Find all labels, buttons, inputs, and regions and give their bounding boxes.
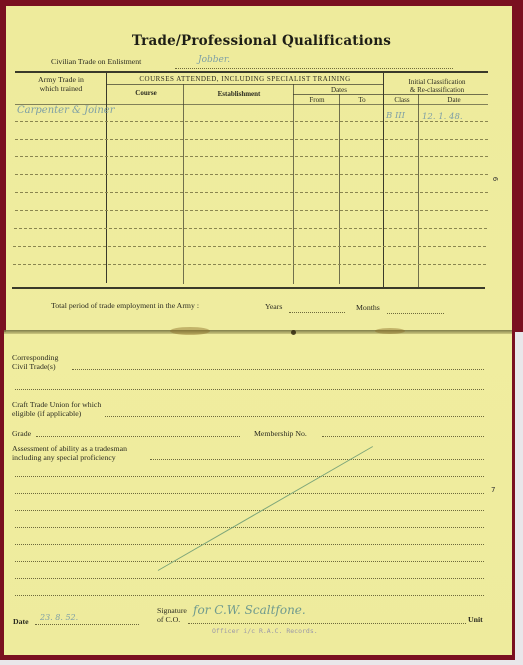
page-number-top: 6 xyxy=(491,177,499,181)
background-gap xyxy=(515,332,523,660)
membership-label: Membership No. xyxy=(254,429,307,438)
assessment-line[interactable] xyxy=(15,595,484,596)
assessment-line[interactable] xyxy=(15,527,484,528)
col-divider xyxy=(339,94,340,284)
col-to: To xyxy=(341,96,383,104)
grade-label: Grade xyxy=(12,429,31,438)
table-bottom-rule xyxy=(12,287,485,289)
row-rule xyxy=(13,264,486,265)
assessment-label-l1: Assessment of ability as a tradesman xyxy=(12,444,127,453)
corresponding-field-2[interactable] xyxy=(15,389,484,390)
civilian-trade-value[interactable]: Jobber. xyxy=(198,55,230,65)
row-rule xyxy=(14,228,487,229)
union-label-l1: Craft Trade Union for which xyxy=(12,400,101,409)
assessment-field[interactable] xyxy=(150,459,484,460)
date-field[interactable] xyxy=(35,624,139,625)
page-number-bottom: 7 xyxy=(491,486,495,494)
assessment-line[interactable] xyxy=(15,493,484,494)
col-army-trade-l1: Army Trade in xyxy=(28,75,94,84)
corresponding-label-l2: Civil Trade(s) xyxy=(12,362,56,371)
years-label: Years xyxy=(265,302,282,311)
grade-field[interactable] xyxy=(36,436,240,437)
months-field[interactable] xyxy=(387,313,444,314)
union-field[interactable] xyxy=(105,416,484,417)
assessment-line[interactable] xyxy=(15,510,484,511)
signature-value[interactable]: for C.W. Scaltfone. xyxy=(193,603,306,617)
header-rule xyxy=(293,94,383,95)
header-rule xyxy=(106,84,383,85)
col-army-trade-l2: which trained xyxy=(28,84,94,93)
page-fold xyxy=(4,330,512,334)
date-value[interactable]: 23. 8. 52. xyxy=(40,613,78,622)
months-label: Months xyxy=(356,303,380,312)
corresponding-label-l1: Corresponding xyxy=(12,353,58,362)
row-army-trade[interactable]: Carpenter & Joiner xyxy=(17,105,115,116)
group-courses-header: COURSES ATTENDED, INCLUDING SPECIALIST T… xyxy=(110,75,380,83)
row-class[interactable]: B III xyxy=(386,111,405,121)
assessment-line[interactable] xyxy=(15,476,484,477)
signature-field[interactable] xyxy=(188,623,466,624)
date-label: Date xyxy=(13,617,29,626)
col-course: Course xyxy=(110,89,182,97)
col-date: Date xyxy=(420,96,488,104)
assessment-line[interactable] xyxy=(15,561,484,562)
group-dates: Dates xyxy=(296,86,382,94)
page-title: Trade/Professional Qualifications xyxy=(0,33,523,49)
membership-field[interactable] xyxy=(322,436,484,437)
row-rule xyxy=(15,156,488,157)
years-field[interactable] xyxy=(289,312,345,313)
fold-stain xyxy=(170,327,210,335)
fold-spot xyxy=(291,330,296,335)
unit-label: Unit xyxy=(468,615,483,624)
col-divider xyxy=(383,73,384,287)
col-divider xyxy=(293,84,294,284)
assessment-label-l2: including any special proficiency xyxy=(12,453,116,462)
civilian-trade-label: Civilian Trade on Enlistment xyxy=(51,57,141,66)
row-rule xyxy=(15,139,488,140)
union-label-l2: eligible (if applicable) xyxy=(12,409,81,418)
signature-label-l2: of C.O. xyxy=(157,615,180,624)
total-period-label: Total period of trade employment in the … xyxy=(51,301,199,310)
col-class: Class xyxy=(386,96,418,104)
table-top-rule xyxy=(15,71,488,73)
group-classification-l1: Initial Classification xyxy=(386,78,488,86)
header-rule xyxy=(383,94,488,95)
row-date[interactable]: 12. 1. 48. xyxy=(422,112,463,122)
records-stamp: Officer i/c R.A.C. Records. xyxy=(212,627,318,635)
col-from: From xyxy=(296,96,338,104)
top-page xyxy=(6,6,512,332)
signature-label-l1: Signature xyxy=(157,606,187,615)
col-divider xyxy=(418,94,419,287)
corresponding-field[interactable] xyxy=(72,369,484,370)
assessment-line[interactable] xyxy=(15,544,484,545)
row-rule xyxy=(13,246,486,247)
col-establishment: Establishment xyxy=(186,90,292,98)
row-rule xyxy=(15,174,488,175)
row-rule xyxy=(15,121,488,122)
assessment-line[interactable] xyxy=(15,578,484,579)
fold-stain xyxy=(375,328,405,334)
row-rule xyxy=(15,210,488,211)
civilian-trade-line xyxy=(175,68,453,69)
col-divider xyxy=(183,84,184,284)
group-classification-l2: & Re-classification xyxy=(386,86,488,94)
row-rule xyxy=(15,192,488,193)
